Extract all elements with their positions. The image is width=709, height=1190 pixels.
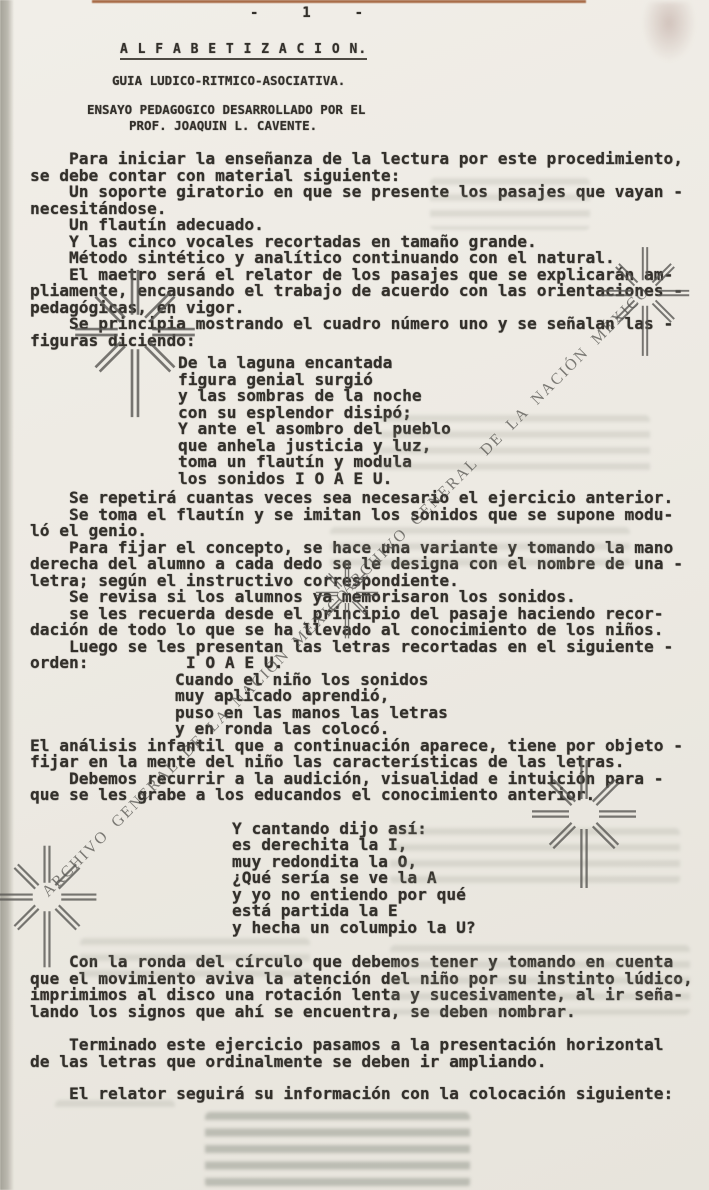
bleedthrough-text	[55, 1100, 175, 1114]
bleedthrough-text	[390, 828, 680, 884]
terminado-paragraph: Terminado este ejercicio pasamos a la pr…	[30, 1037, 702, 1070]
essay-byline-line1: ENSAYO PEDAGOGICO DESARROLLADO POR EL	[87, 102, 690, 118]
document-header: A L F A B E T I Z A C I O N. GUIA LUDICO…	[30, 38, 690, 134]
poem-cuando-el-nino: Cuando el niño los sonidosmuy aplicado a…	[175, 672, 702, 738]
typed-text-line: de las letras que ordinalmente se deben …	[30, 1054, 702, 1071]
scanned-document-page: - 1 - A L F A B E T I Z A C I O N. GUIA …	[0, 0, 709, 1190]
exercise-paragraphs: Se repetirá cuantas veces sea necesario …	[30, 490, 702, 672]
intro-paragraphs: Para iniciar la enseñanza de la lectura …	[30, 151, 702, 349]
typed-text-line: y hecha un columpio la U?	[232, 920, 702, 937]
bleedthrough-text	[380, 415, 650, 479]
document-subtitle: GUIA LUDICO-RITMICO-ASOCIATIVA.	[112, 73, 690, 88]
analysis-paragraphs: El análisis infantil que a continuación …	[30, 738, 702, 804]
bleedthrough-text	[80, 938, 310, 980]
bleedthrough-text	[390, 945, 690, 1015]
typed-text-line: que se les grabe a los educandos el cono…	[30, 787, 702, 804]
bleedthrough-text	[205, 1112, 470, 1188]
bleedthrough-text	[430, 178, 590, 230]
page-left-edge	[0, 0, 14, 1190]
page-top-edge	[92, 0, 586, 3]
typed-text-line: figuras diciendo:	[30, 333, 702, 350]
document-title: A L F A B E T I Z A C I O N.	[120, 42, 367, 60]
page-number: - 1 -	[250, 5, 372, 21]
bleedthrough-text	[330, 527, 630, 569]
essay-byline-line2: PROF. JOAQUIN L. CAVENTE.	[129, 118, 690, 134]
